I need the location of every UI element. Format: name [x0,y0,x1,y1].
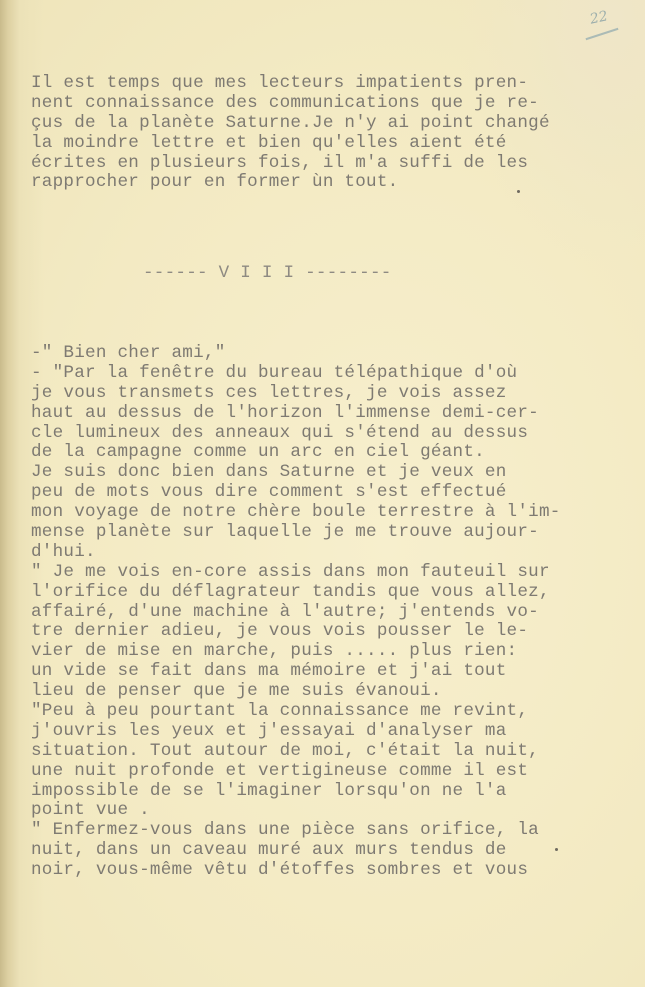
text-line: Je suis donc bien dans Saturne et je veu… [31,463,561,483]
text-line: " Enfermez-vous dans une pièce sans orif… [31,821,561,841]
text-line: lieu de penser que je me suis évanoui. [31,682,561,702]
chapter-heading: ------ V I I I -------- [143,263,392,283]
ink-speck [517,190,520,193]
text-line: vier de mise en marche, puis ..... plus … [31,642,561,662]
text-line: -" Bien cher ami," [31,344,561,364]
text-line: affairé, d'une machine à l'autre; j'ente… [31,603,561,623]
page-number: 22 [589,8,610,27]
text-line: une nuit profonde et vertigineuse comme … [31,762,561,782]
text-line: je vous transmets ces lettres, je vois a… [31,384,561,404]
text-line: mon voyage de notre chère boule terrestr… [31,503,561,523]
text-line: mense planète sur laquelle je me trouve … [31,523,561,543]
text-line: - "Par la fenêtre du bureau télépathique… [31,364,561,384]
text-line: de la campagne comme un arc en ciel géan… [31,443,561,463]
text-line: cle lumineux des anneaux qui s'étend au … [31,424,561,444]
letter-body: -" Bien cher ami,"- "Par la fenêtre du b… [31,344,561,881]
text-line: rapprocher pour en former ùn tout. [31,173,550,193]
text-line: peu de mots vous dire comment s'est effe… [31,483,561,503]
text-line: j'ouvris les yeux et j'essayai d'analyse… [31,722,561,742]
text-line: tre dernier adieu, je vous vois pousser … [31,622,561,642]
text-line: noir, vous-même vêtu d'étoffes sombres e… [31,861,561,881]
text-line: d'hui. [31,543,561,563]
text-line: "Peu à peu pourtant la connaissance me r… [31,702,561,722]
text-line: Il est temps que mes lecteurs impatients… [31,74,550,94]
pencil-mark [586,28,619,40]
typewritten-page: 22 Il est temps que mes lecteurs impatie… [0,0,645,987]
text-line: impossible de se l'imaginer lorsqu'on ne… [31,782,561,802]
text-line: écrites en plusieurs fois, il m'a suffi … [31,154,550,174]
text-line: haut au dessus de l'horizon l'immense de… [31,404,561,424]
text-line: çus de la planète Saturne.Je n'y ai poin… [31,114,550,134]
text-line: point vue . [31,801,561,821]
text-line: nuit, dans un caveau muré aux murs tendu… [31,841,561,861]
text-line: nent connaissance des communications que… [31,94,550,114]
text-line: un vide se fait dans ma mémoire et j'ai … [31,662,561,682]
text-line: " Je me vois en-core assis dans mon faut… [31,563,561,583]
text-line: la moindre lettre et bien qu'elles aient… [31,134,550,154]
intro-paragraph: Il est temps que mes lecteurs impatients… [31,74,550,193]
text-line: situation. Tout autour de moi, c'était l… [31,742,561,762]
text-line: l'orifice du déflagrateur tandis que vou… [31,583,561,603]
ink-speck [555,848,558,851]
